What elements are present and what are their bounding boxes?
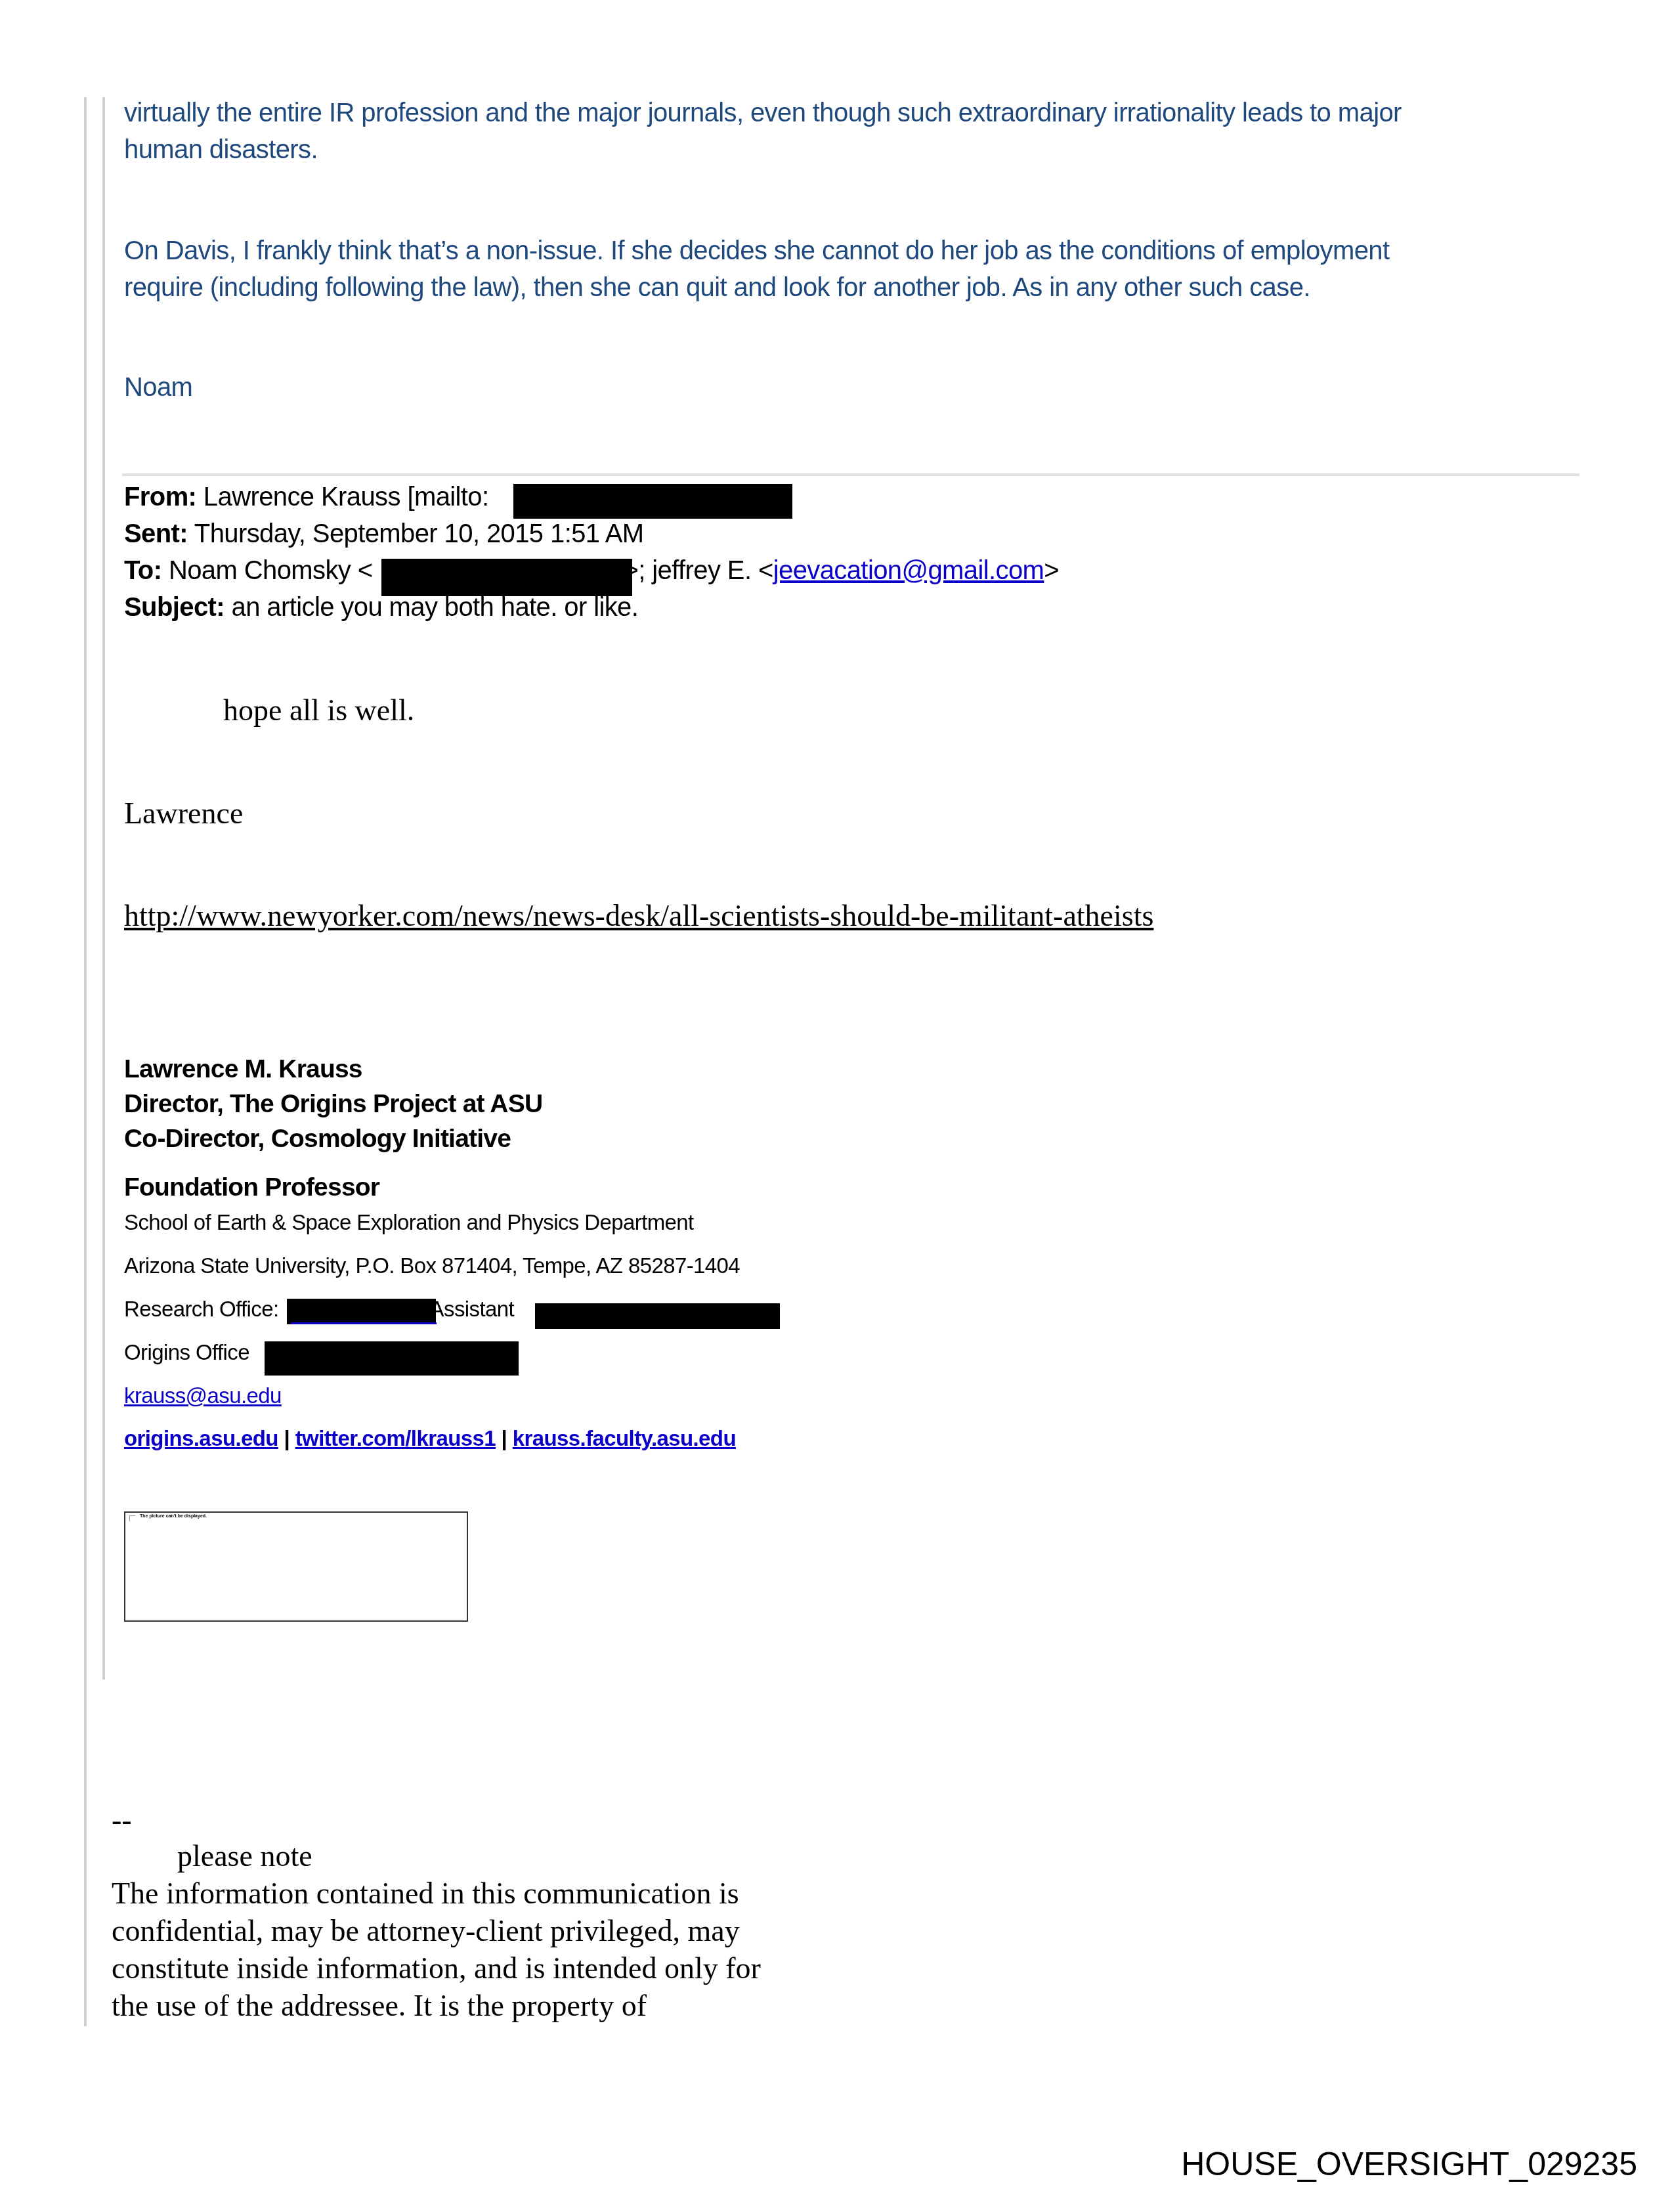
article-link[interactable]: http://www.newyorker.com/news/news-desk/… [124, 898, 1153, 933]
to-email-link[interactable]: jeevacation@gmail.com [773, 556, 1044, 585]
to-label: To: [124, 556, 161, 585]
header-sent: Sent: Thursday, September 10, 2015 1:51 … [124, 519, 644, 549]
broken-image-placeholder: The picture can't be displayed. [124, 1511, 468, 1622]
origins-link[interactable]: origins.asu.edu [124, 1426, 278, 1450]
disclaimer-line: constitute inside information, and is in… [112, 1951, 761, 1985]
disclaimer-line: The information contained in this commun… [112, 1876, 739, 1911]
redaction-box [535, 1303, 780, 1329]
redaction-box [287, 1299, 436, 1324]
link-divider: | [284, 1426, 290, 1450]
reply-signoff: Noam [124, 373, 192, 402]
body-greeting: hope all is well. [223, 693, 414, 727]
sent-label: Sent: [124, 519, 188, 548]
research-office-label: Research Office: [124, 1297, 279, 1321]
faculty-link[interactable]: krauss.faculty.asu.edu [513, 1426, 736, 1450]
body-signoff: Lawrence [124, 796, 243, 831]
header-subject: Subject: an article you may both hate. o… [124, 593, 638, 622]
twitter-link[interactable]: twitter.com/lkrauss1 [295, 1426, 496, 1450]
reply-paragraph-1-line-1: virtually the entire IR profession and t… [124, 98, 1402, 128]
signature-title-3: Foundation Professor [124, 1173, 379, 1202]
signature-title-2: Co-Director, Cosmology Initiative [124, 1125, 511, 1154]
to-suffix: > [1044, 556, 1059, 585]
signature-title-1: Director, The Origins Project at ASU [124, 1090, 542, 1119]
disclaimer-line: the use of the addressee. It is the prop… [112, 1988, 647, 2023]
redaction-box [265, 1341, 519, 1376]
header-from: From: Lawrence Krauss [mailto: [124, 483, 489, 512]
signature-address: Arizona State University, P.O. Box 87140… [124, 1253, 740, 1278]
disclaimer-heading: please note [177, 1838, 312, 1873]
to-recipient-1: Noam Chomsky < [169, 556, 373, 585]
disclaimer-dashes: -- [112, 1802, 132, 1837]
quote-bar-outer [84, 97, 87, 2026]
signature-email-link[interactable]: krauss@asu.edu [124, 1383, 282, 1408]
redaction-box [513, 484, 792, 519]
signature-origins-office: Origins Office [124, 1340, 249, 1365]
reply-paragraph-1-line-2: human disasters. [124, 135, 318, 165]
assistant-label: Assistant [430, 1297, 515, 1321]
signature-name: Lawrence M. Krauss [124, 1055, 362, 1084]
reply-paragraph-2-line-1: On Davis, I frankly think that’s a non-i… [124, 236, 1390, 266]
reply-paragraph-2-line-2: require (including following the law), t… [124, 273, 1310, 303]
link-divider: | [502, 1426, 507, 1450]
broken-image-caption: The picture can't be displayed. [140, 1514, 207, 1519]
signature-links: origins.asu.edu | twitter.com/lkrauss1 |… [124, 1426, 736, 1451]
subject-value: an article you may both hate. or like. [232, 593, 639, 622]
broken-image-icon [129, 1515, 135, 1521]
from-value: Lawrence Krauss [mailto: [204, 483, 489, 511]
to-separator: >; jeffrey E. < [624, 556, 773, 585]
redaction-box [381, 559, 632, 596]
redacted-link-underline [291, 1322, 437, 1324]
from-label: From: [124, 483, 196, 511]
message-separator [122, 473, 1579, 476]
signature-department: School of Earth & Space Exploration and … [124, 1210, 694, 1235]
sent-value: Thursday, September 10, 2015 1:51 AM [194, 519, 644, 548]
disclaimer-line: confidential, may be attorney-client pri… [112, 1913, 740, 1948]
subject-label: Subject: [124, 593, 225, 622]
bates-number: HOUSE_OVERSIGHT_029235 [1181, 2145, 1637, 2183]
quote-bar-inner [102, 97, 105, 1680]
